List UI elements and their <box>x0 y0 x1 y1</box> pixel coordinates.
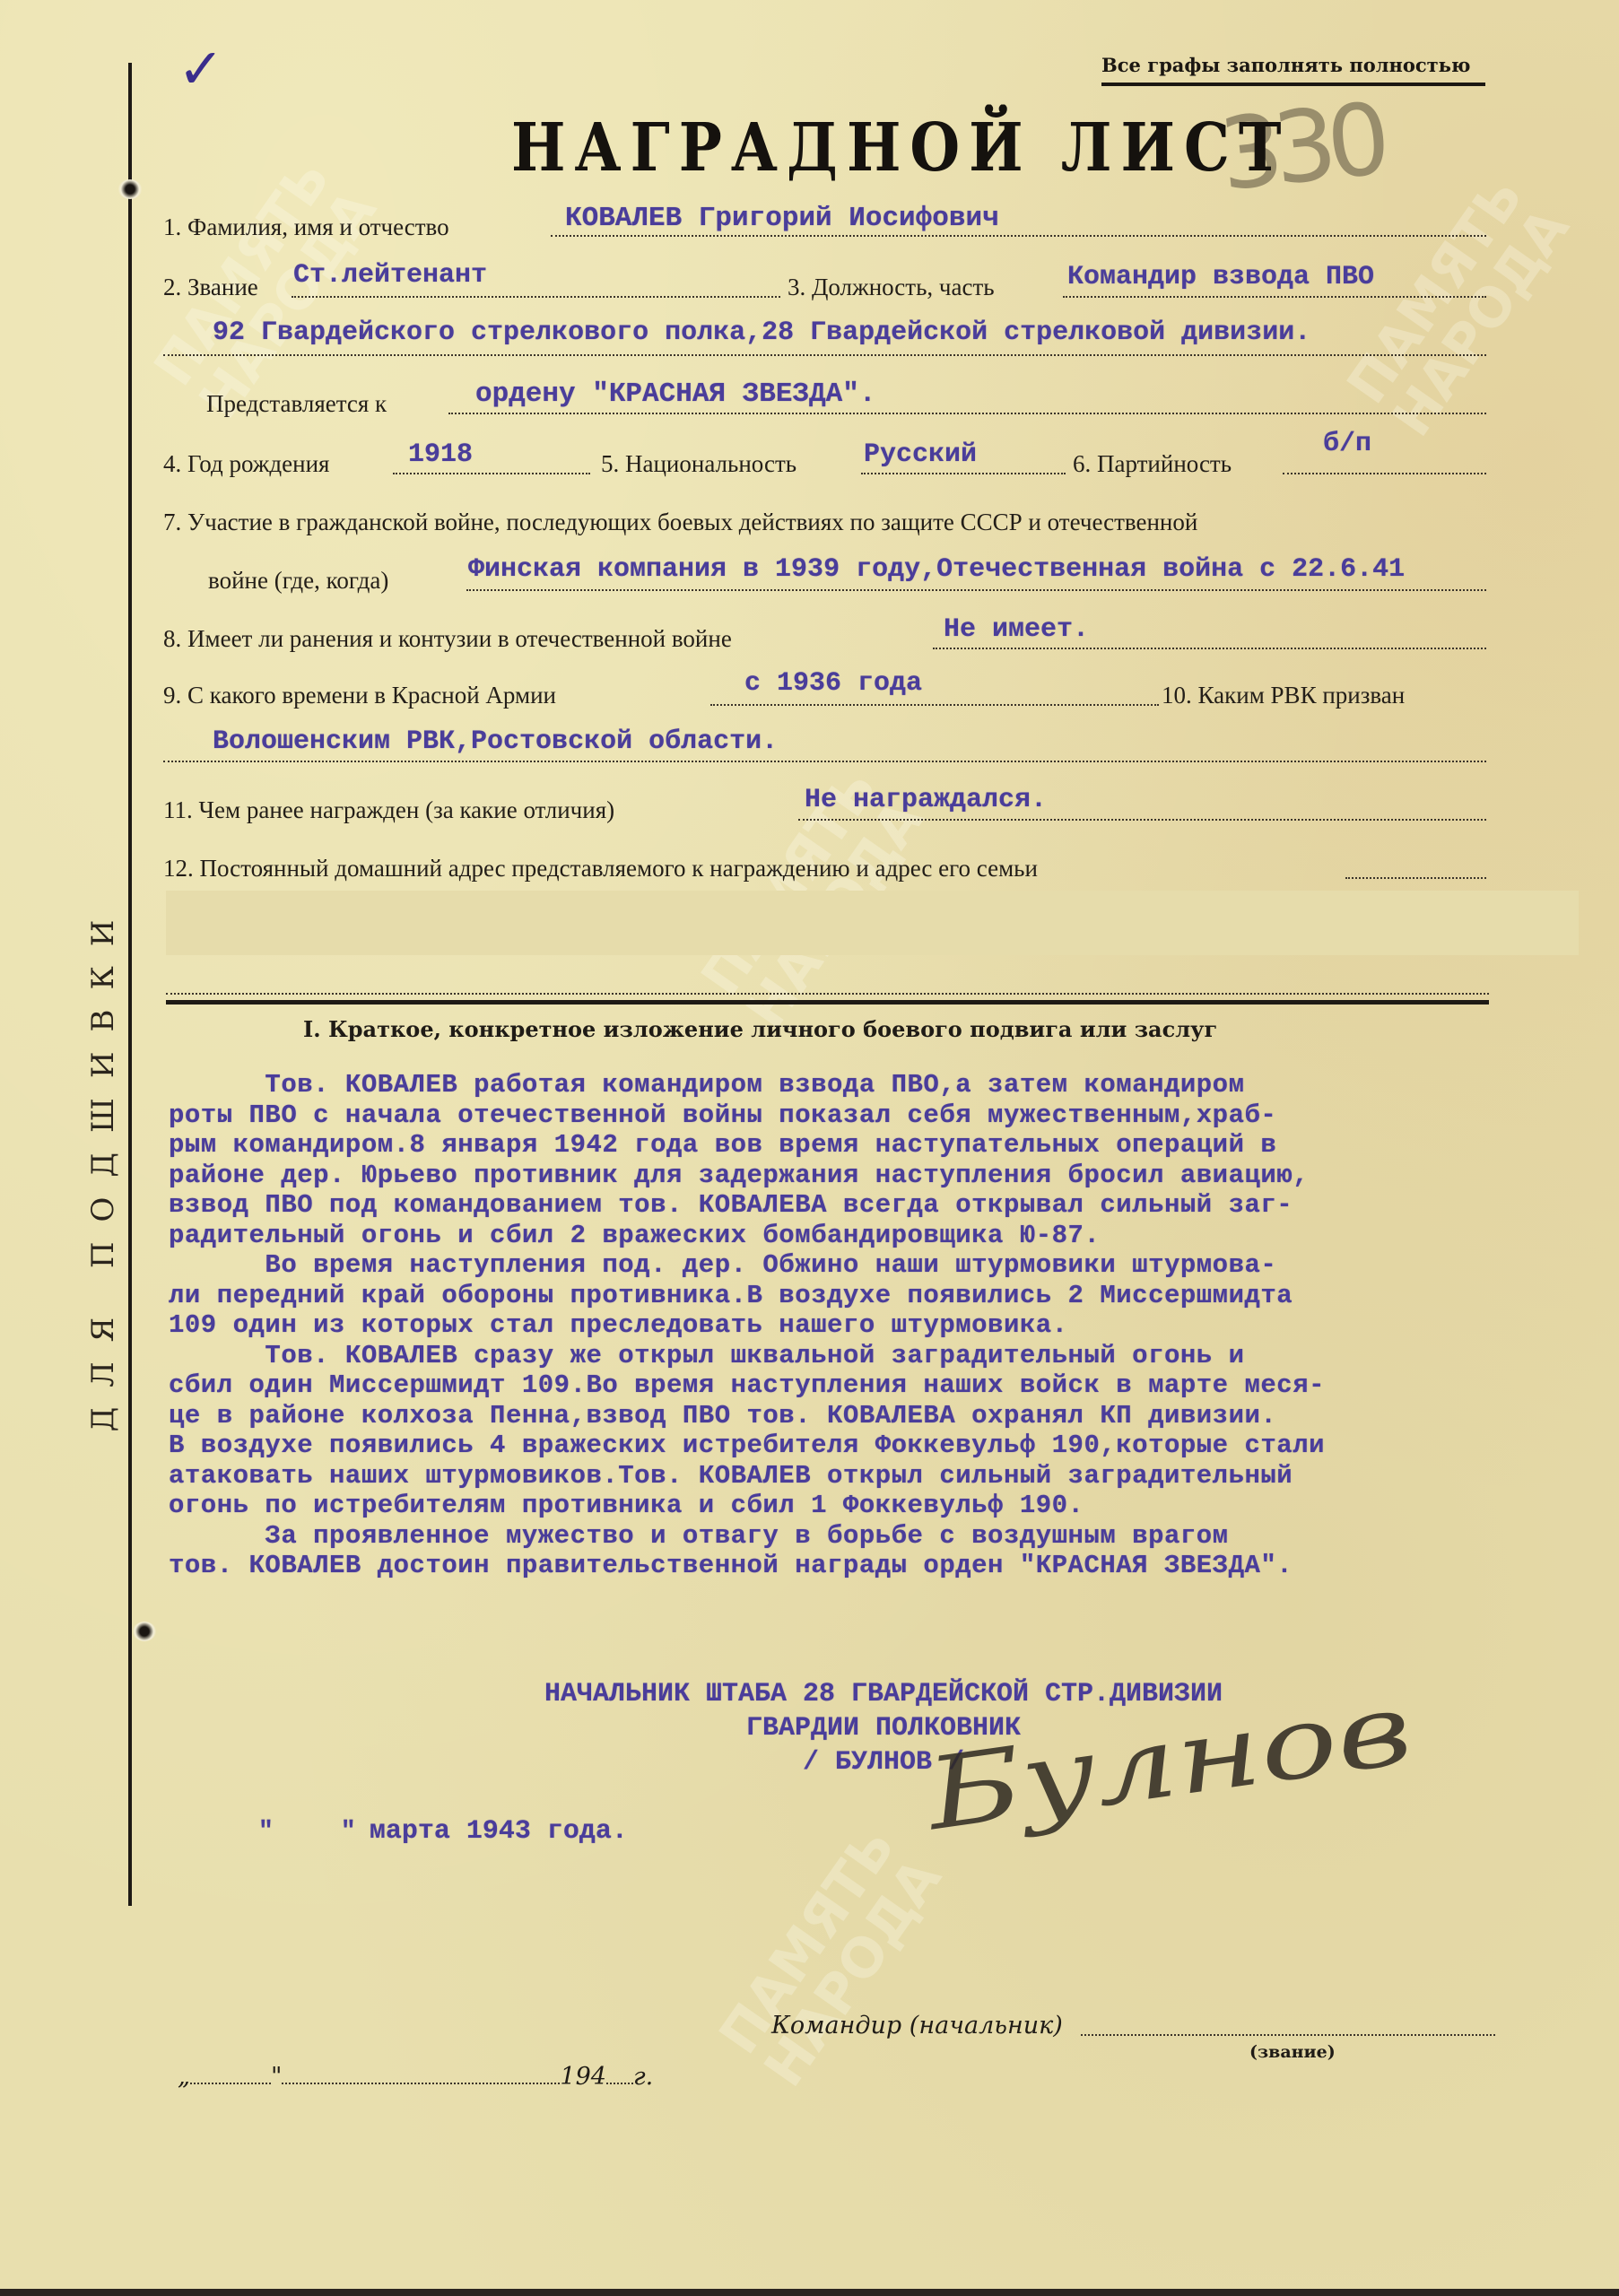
narrative-line: рым командиром.8 января 1942 года вов вр… <box>169 1130 1604 1161</box>
narrative-line: районе дер. Юрьево противник для задержа… <box>169 1161 1604 1191</box>
field-9-value: с 1936 года <box>744 668 922 699</box>
narrative-line: взвод ПВО под командованием тов. КОВАЛЕВ… <box>169 1190 1604 1221</box>
instruction-note: Все графы заполнять полностью <box>1101 54 1470 76</box>
field-4-line <box>393 473 590 474</box>
document-title: НАГРАДНОЙ ЛИСТ <box>511 109 1291 187</box>
field-1-label: 1. Фамилия, имя и отчество <box>163 213 449 241</box>
award-label: Представляется к <box>206 390 387 418</box>
field-7-label-line2: войне (где, когда) <box>208 567 388 595</box>
narrative-line: Тов. КОВАЛЕВ сразу же открыл шквальной з… <box>169 1341 1604 1371</box>
field-3-value: Командир взвода ПВО <box>1067 262 1374 292</box>
section-heading: I. Краткое, конкретное изложение личного… <box>303 1016 1217 1042</box>
field-9-label: 9. С какого времени в Красной Армии <box>163 682 556 709</box>
field-8-value: Не имеет. <box>944 614 1089 645</box>
narrative-line: Тов. КОВАЛЕВ работая командиром взвода П… <box>169 1070 1604 1100</box>
field-1-value: КОВАЛЕВ Григорий Иосифович <box>565 203 999 234</box>
field-2-label: 2. Звание <box>163 274 258 301</box>
section-divider <box>166 1000 1489 1004</box>
narrative-line: За проявленное мужество и отвагу в борьб… <box>169 1521 1604 1552</box>
field-6-value: б/п <box>1323 429 1371 459</box>
field-7-line <box>466 589 1486 591</box>
watermark: ПАМЯТЬНАРОДА <box>1337 168 1579 446</box>
narrative-line: ли передний край обороны противника.В во… <box>169 1281 1604 1311</box>
field-11-line <box>798 819 1486 821</box>
check-mark-icon: ✓ <box>178 36 224 101</box>
redacted-address <box>166 891 1579 955</box>
field-12-line <box>1345 877 1486 879</box>
field-8-line <box>933 648 1486 649</box>
separator-dots <box>166 993 1489 995</box>
watermark: ПАМЯТЬНАРОДА <box>709 1818 951 2096</box>
field-4-value: 1918 <box>408 439 473 470</box>
scan-edge <box>0 2289 1619 2296</box>
field-7-value: Финская компания в 1939 году,Отечественн… <box>468 554 1405 585</box>
narrative-line: сбил один Миссершмидт 109.Во время насту… <box>169 1370 1604 1401</box>
field-3-line <box>1063 296 1486 298</box>
field-10-value: Волошенским РВК,Ростовской области. <box>213 726 778 757</box>
narrative-line: огонь по истребителям противника и сбил … <box>169 1491 1604 1521</box>
field-1-line <box>551 235 1486 237</box>
narrative-line: тов. КОВАЛЕВ достоин правительственной н… <box>169 1551 1604 1581</box>
binding-label: ДЛЯ ПОДШИВКИ <box>85 852 121 1480</box>
footer-date: „"194г. <box>178 2063 653 2091</box>
field-3-value-cont: 92 Гвардейского стрелкового полка,28 Гва… <box>213 317 1310 348</box>
field-3-label: 3. Должность, часть <box>788 274 995 301</box>
commander-label: Командир (начальник) <box>771 2012 1063 2039</box>
narrative-line: атаковать наших штурмовиков.Тов. КОВАЛЕВ… <box>169 1461 1604 1492</box>
field-6-line <box>1283 473 1486 474</box>
punch-hole <box>118 179 142 199</box>
award-value: ордену "КРАСНАЯ ЗВЕЗДА". <box>475 378 875 410</box>
rank-caption: (звание) <box>1249 2042 1336 2062</box>
field-2-value: Ст.лейтенант <box>293 260 487 291</box>
signature-date: " " марта 1943 года. <box>258 1816 628 1847</box>
narrative-line: В воздухе появились 4 вражеских истребит… <box>169 1431 1604 1461</box>
note-underline <box>1101 83 1485 86</box>
field-8-label: 8. Имеет ли ранения и контузии в отечест… <box>163 625 732 653</box>
binding-line <box>128 63 132 1906</box>
field-12-label: 12. Постоянный домашний адрес представля… <box>163 855 1038 883</box>
field-5-value: Русский <box>864 439 977 470</box>
punch-hole <box>133 1622 156 1641</box>
field-7-label-line1: 7. Участие в гражданской войне, последую… <box>163 509 1197 536</box>
field-3-line-cont <box>163 354 1486 356</box>
commander-line <box>1081 2034 1495 2036</box>
narrative-line: радительный огонь и сбил 2 вражеских бом… <box>169 1221 1604 1251</box>
field-9-line <box>710 704 1159 706</box>
field-2-line <box>292 296 780 298</box>
narrative-line: роты ПВО с начала отечественной войны по… <box>169 1100 1604 1131</box>
field-11-label: 11. Чем ранее награжден (за какие отличи… <box>163 796 614 824</box>
field-10-line <box>163 761 1486 762</box>
field-4-label: 4. Год рождения <box>163 450 329 478</box>
field-6-label: 6. Партийность <box>1073 450 1232 478</box>
year-prefix: 194 <box>560 2063 606 2091</box>
field-10-label: 10. Каким РВК призван <box>1162 682 1405 709</box>
field-5-line <box>861 473 1066 474</box>
merit-narrative: Тов. КОВАЛЕВ работая командиром взвода П… <box>169 1070 1604 1581</box>
signature-date-value: марта 1943 года. <box>370 1816 628 1847</box>
narrative-line: це в районе колхоза Пенна,взвод ПВО тов.… <box>169 1401 1604 1431</box>
field-11-value: Не награждался. <box>805 785 1047 815</box>
field-5-label: 5. Национальность <box>601 450 796 478</box>
narrative-line: Во время наступления под. дер. Обжино на… <box>169 1250 1604 1281</box>
award-line <box>448 413 1486 414</box>
narrative-line: 109 один из которых стал преследовать на… <box>169 1310 1604 1341</box>
